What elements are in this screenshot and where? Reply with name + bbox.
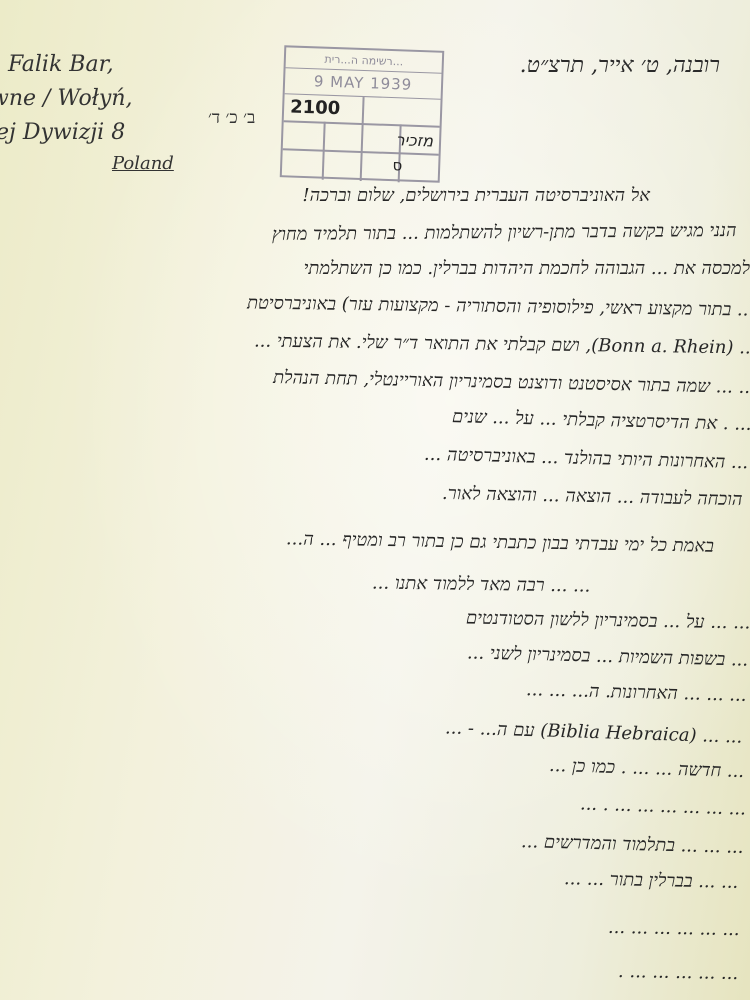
received-stamp: ...רשימה ה...רית 9 MAY 1939 2100 מזכיר ס [280,45,445,183]
letter-line: ... (Bonn a. Rhein), ושם קבלתי את התואר … [253,330,750,358]
letter-line: ... האחרונות היותי בהולנד ... באוניברסיט… [424,444,749,473]
letter-line: ... ... ... בתלמוד והמדרשים ... [521,831,744,858]
letter-line: ... ... ... ... ... ... . ... [580,793,747,819]
letter-line: ... בתור מקצוע ראשי, פילוסופיה והסתוריה … [247,292,750,320]
letter-line: למכסה את ... הגבוהה לחכמת היהדות בברלין.… [304,258,750,279]
reference-mark: ב׳ כ׳ ד׳ [208,108,255,128]
sender-name: Falik Bar, [0,48,174,82]
letter-line: ... בשפות השמיות ... בסמינריון לשני ... [467,642,749,670]
sender-street: ej Dywizji 8 [0,116,174,150]
letter-line: הנני מגיש בקשה בדבר מתן-רשיון להשתלמות .… [271,220,736,245]
stamp-signature: מזכיר [395,130,433,150]
letter-line: ... ... (Biblia Hebraica) עם ה... - ... [444,717,742,747]
letter-line: ... ... על ... בסמינריון ללשון הסטודנטים [465,608,750,634]
letter-line: הוכחה לעבודה ... הוצאה ... והוצאה לאור. [441,483,742,510]
stamp-number: 2100 [290,96,341,119]
letter-line: ... ... רבה מאד ללמוד אתנו ... [372,572,591,596]
place-and-date: רובנה, ט׳ אייר, תרצ״ט. [520,52,720,78]
stamp-initial: ס [392,156,402,174]
sender-country: Poland [0,150,174,178]
letter-line: ... ... שמה בתור אסיסטנט ודוצנט בסמינריו… [273,367,750,398]
sender-city: wne / Wołyń, [0,82,174,116]
letter-line: ... חדשה ... ... . כמו כן ... [549,755,745,782]
letter-line: ... ... ... האחרונות. ה... ... ... [525,679,746,706]
stamp-grid-line [360,97,364,181]
letter-line: ... ... ... ... ... . [618,961,739,984]
salutation: אל האוניברסיטה העברית בירושלים, שלום ובר… [302,185,650,206]
letter-line: באמת כל ימי עבדתי בבון כתבתי גם כן בתור … [286,528,714,556]
letter-line: ... ... בברלין בתור ... ... [564,868,739,893]
sender-address: Falik Bar, wne / Wołyń, ej Dywizji 8 Pol… [0,48,174,178]
stamp-grid: 2100 מזכיר ס [282,94,441,183]
letter-line: ... ... ... ... ... ... [608,917,740,940]
letter-line: ... . את הדיסרטציה קבלתי ... על ... שנים [452,406,750,435]
